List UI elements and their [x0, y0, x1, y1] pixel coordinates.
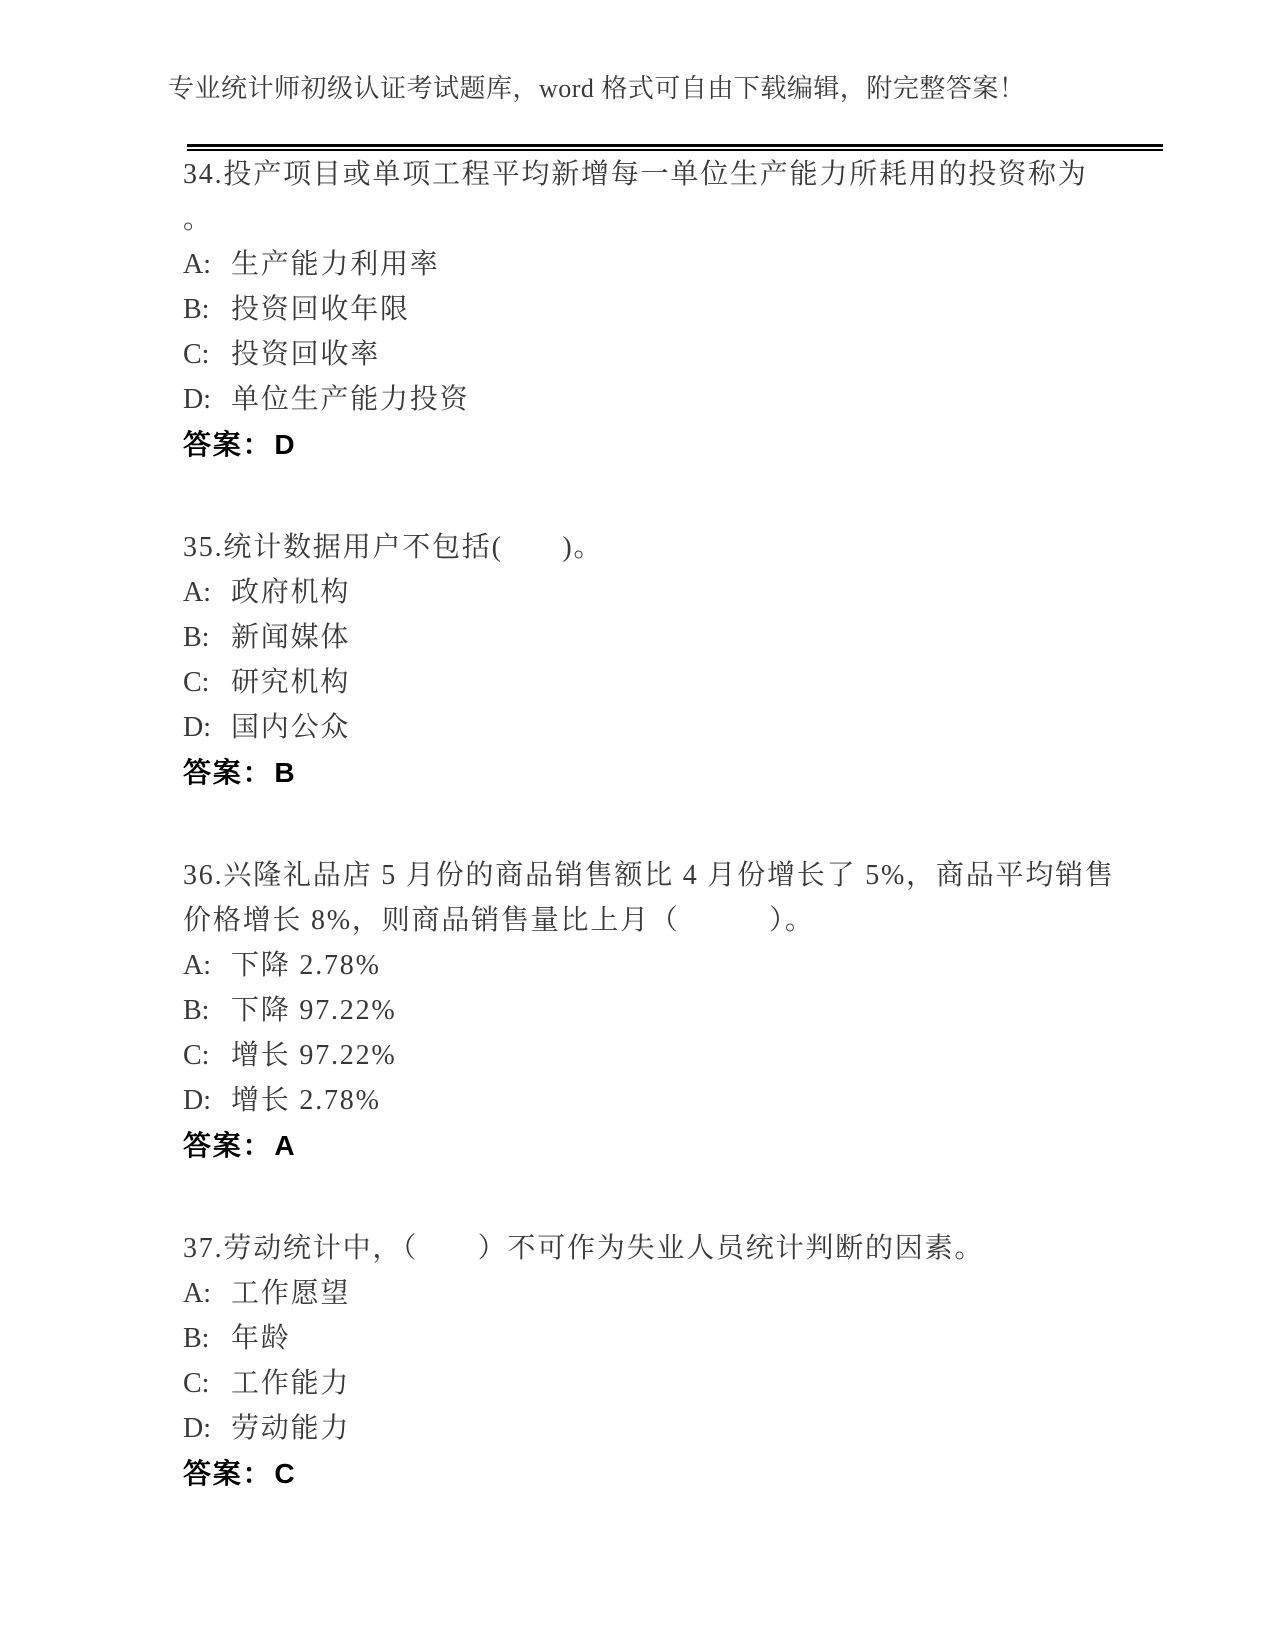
answer-label: 答案：	[183, 1459, 272, 1490]
option-label: A:	[183, 943, 231, 988]
option-label: B:	[183, 988, 231, 1033]
document-header-note: 专业统计师初级认证考试题库，word 格式可自由下载编辑，附完整答案！	[168, 72, 1025, 106]
option-row-b: B:新闻媒体	[183, 615, 1088, 660]
option-row-a: A:下降 2.78%	[183, 943, 1088, 988]
answer-label: 答案：	[183, 758, 272, 789]
question-text-line: 34.投产项目或单项工程平均新增每一单位生产能力所耗用的投资称为	[183, 152, 1088, 197]
option-text: 单位生产能力投资	[231, 384, 469, 415]
question-text-line: 37.劳动统计中，（ ）不可作为失业人员统计判断的因素。	[183, 1226, 1088, 1271]
option-label: D:	[183, 705, 231, 750]
answer-label: 答案：	[183, 430, 272, 461]
option-row-d: D:国内公众	[183, 705, 1088, 750]
option-label: C:	[183, 1033, 231, 1078]
option-text: 工作能力	[231, 1368, 350, 1399]
option-label: C:	[183, 332, 231, 377]
answer-value: D	[274, 429, 296, 460]
option-text: 政府机构	[231, 577, 350, 608]
option-text: 工作愿望	[231, 1278, 350, 1309]
option-text: 生产能力利用率	[231, 249, 440, 280]
option-label: B:	[183, 615, 231, 660]
option-label: A:	[183, 242, 231, 287]
option-label: B:	[183, 287, 231, 332]
answer-row: 答案：A	[183, 1123, 1088, 1168]
option-row-b: B:投资回收年限	[183, 287, 1088, 332]
option-label: A:	[183, 570, 231, 615]
option-row-a: A:政府机构	[183, 570, 1088, 615]
option-text: 年龄	[231, 1323, 291, 1354]
option-row-c: C:增长 97.22%	[183, 1033, 1088, 1078]
option-row-d: D:增长 2.78%	[183, 1078, 1088, 1123]
header-double-rule	[187, 144, 1163, 151]
question-text-line: 价格增长 8%，则商品销售量比上月（ ）。	[183, 898, 1088, 943]
answer-value: C	[274, 1458, 296, 1489]
question-text-line: 36.兴隆礼品店 5 月份的商品销售额比 4 月份增长了 5%，商品平均销售	[183, 853, 1088, 898]
option-row-b: B:年龄	[183, 1316, 1088, 1361]
option-text: 增长 2.78%	[231, 1085, 381, 1116]
option-row-a: A:工作愿望	[183, 1271, 1088, 1316]
question-text-line: 。	[183, 197, 1088, 242]
question-block-34: 34.投产项目或单项工程平均新增每一单位生产能力所耗用的投资称为 。 A:生产能…	[183, 152, 1088, 467]
option-label: A:	[183, 1271, 231, 1316]
option-label: B:	[183, 1316, 231, 1361]
option-label: D:	[183, 377, 231, 422]
option-text: 新闻媒体	[231, 622, 350, 653]
option-label: D:	[183, 1078, 231, 1123]
question-text-line: 35.统计数据用户不包括( )。	[183, 525, 1088, 570]
question-block-36: 36.兴隆礼品店 5 月份的商品销售额比 4 月份增长了 5%，商品平均销售 价…	[183, 853, 1088, 1168]
option-text: 投资回收年限	[231, 294, 410, 325]
answer-row: 答案：C	[183, 1451, 1088, 1496]
option-row-d: D:劳动能力	[183, 1406, 1088, 1451]
document-page: 专业统计师初级认证考试题库，word 格式可自由下载编辑，附完整答案！ 34.投…	[0, 0, 1275, 1650]
answer-row: 答案：B	[183, 750, 1088, 795]
questions-area: 34.投产项目或单项工程平均新增每一单位生产能力所耗用的投资称为 。 A:生产能…	[183, 152, 1088, 1554]
option-row-b: B:下降 97.22%	[183, 988, 1088, 1033]
option-text: 投资回收率	[231, 339, 380, 370]
question-block-35: 35.统计数据用户不包括( )。 A:政府机构 B:新闻媒体 C:研究机构 D:…	[183, 525, 1088, 795]
option-label: C:	[183, 1361, 231, 1406]
option-text: 下降 97.22%	[231, 995, 397, 1026]
answer-value: B	[274, 757, 296, 788]
option-row-d: D:单位生产能力投资	[183, 377, 1088, 422]
option-text: 增长 97.22%	[231, 1040, 397, 1071]
answer-row: 答案：D	[183, 422, 1088, 467]
question-block-37: 37.劳动统计中，（ ）不可作为失业人员统计判断的因素。 A:工作愿望 B:年龄…	[183, 1226, 1088, 1496]
option-label: D:	[183, 1406, 231, 1451]
option-row-a: A:生产能力利用率	[183, 242, 1088, 287]
option-row-c: C:研究机构	[183, 660, 1088, 705]
option-text: 劳动能力	[231, 1413, 350, 1444]
option-text: 研究机构	[231, 667, 350, 698]
option-text: 国内公众	[231, 712, 350, 743]
option-label: C:	[183, 660, 231, 705]
option-row-c: C:工作能力	[183, 1361, 1088, 1406]
option-row-c: C:投资回收率	[183, 332, 1088, 377]
answer-value: A	[274, 1130, 296, 1161]
answer-label: 答案：	[183, 1131, 272, 1162]
option-text: 下降 2.78%	[231, 950, 381, 981]
